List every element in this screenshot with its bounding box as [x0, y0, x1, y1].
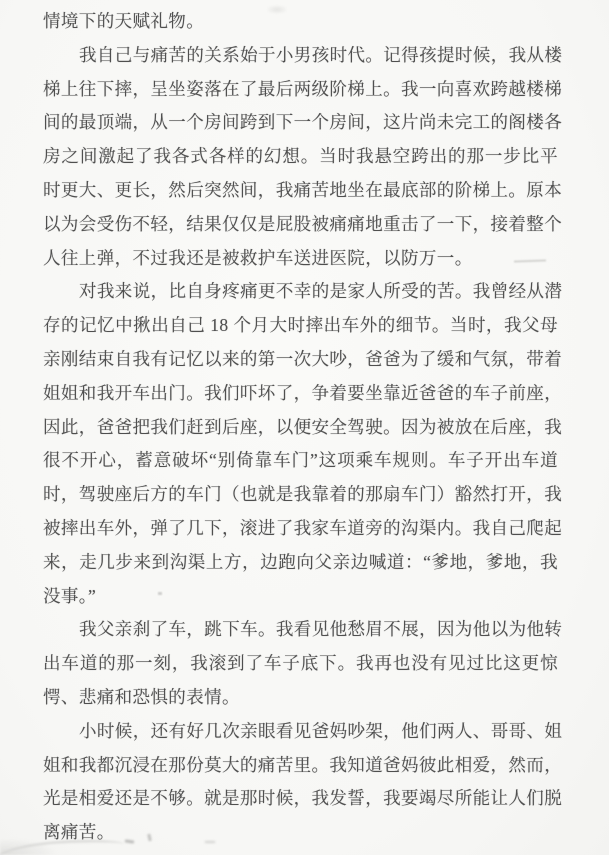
text-line: 没事。” — [43, 580, 558, 614]
text-line: 姐姐和我开车出门。我们吓坏了，争着要坐靠近爸爸的车子前座， — [43, 377, 558, 411]
text-line: 房之间激起了我各式各样的幻想。当时我悬空跨出的那一步比平 — [43, 140, 558, 174]
text-line: 存的记忆中揪出自己 18 个月大时摔出车外的细节。当时，我父母 — [43, 309, 558, 343]
text-line: 被摔出车外，弹了几下，滚进了我家车道旁的沟渠内。我自己爬起 — [43, 512, 558, 546]
text-line: 姐和我都沉浸在那份莫大的痛苦里。我知道爸妈彼此相爱，然而， — [43, 749, 558, 783]
text-line: 间的最顶端，从一个房间跨到下一个房间，这片尚未完工的阁楼各 — [43, 106, 558, 140]
text-line: 因此，爸爸把我们赶到后座，以便安全驾驶。因为被放在后座，我 — [43, 411, 558, 445]
text-line: 以为会受伤不轻，结果仅仅是屁股被痛痛地重击了一下，接着整个 — [43, 208, 558, 242]
text-line: 时，驾驶座后方的车门（也就是我靠着的那扇车门）豁然打开，我 — [43, 478, 558, 512]
text-line: 很不开心，蓄意破坏“别倚靠车门”这项乘车规则。车子开出车道 — [43, 444, 558, 478]
text-line: 对我来说，比自身疼痛更不幸的是家人所受的苦。我曾经从潜 — [43, 275, 558, 309]
text-line: 小时候，还有好几次亲眼看见爸妈吵架，他们两人、哥哥、姐 — [43, 715, 558, 749]
text-line: 来，走几步来到沟渠上方，边跑向父亲边喊道：“爹地，爹地，我 — [43, 546, 558, 580]
text-line: 出车道的那一刻，我滚到了车子底下。我再也没有见过比这更惊 — [43, 647, 558, 681]
book-page: 情境下的天赋礼物。我自己与痛苦的关系始于小男孩时代。记得孩提时候，我从楼梯上往下… — [0, 0, 609, 855]
text-line: 离痛苦。 — [43, 816, 558, 850]
text-line: 愕、悲痛和恐惧的表情。 — [43, 681, 558, 715]
text-line: 我父亲刹了车，跳下车。我看见他愁眉不展，因为他以为他转 — [43, 613, 558, 647]
text-line: 亲刚结束自我有记忆以来的第一次大吵，爸爸为了缓和气氛，带着 — [43, 343, 558, 377]
text-line: 情境下的天赋礼物。 — [43, 5, 558, 39]
text-line: 我自己与痛苦的关系始于小男孩时代。记得孩提时候，我从楼 — [43, 39, 558, 73]
text-line: 光是相爱还是不够。就是那时候，我发誓，我要竭尽所能让人们脱 — [43, 782, 558, 816]
text-line: 人往上弹，不过我还是被救护车送进医院，以防万一。 — [43, 242, 558, 276]
page-text: 情境下的天赋礼物。我自己与痛苦的关系始于小男孩时代。记得孩提时候，我从楼梯上往下… — [43, 5, 558, 850]
text-line: 时更大、更长，然后突然间，我痛苦地坐在最底部的阶梯上。原本 — [43, 174, 558, 208]
text-line: 梯上往下摔，呈坐姿落在了最后两级阶梯上。我一向喜欢跨越楼梯 — [43, 73, 558, 107]
